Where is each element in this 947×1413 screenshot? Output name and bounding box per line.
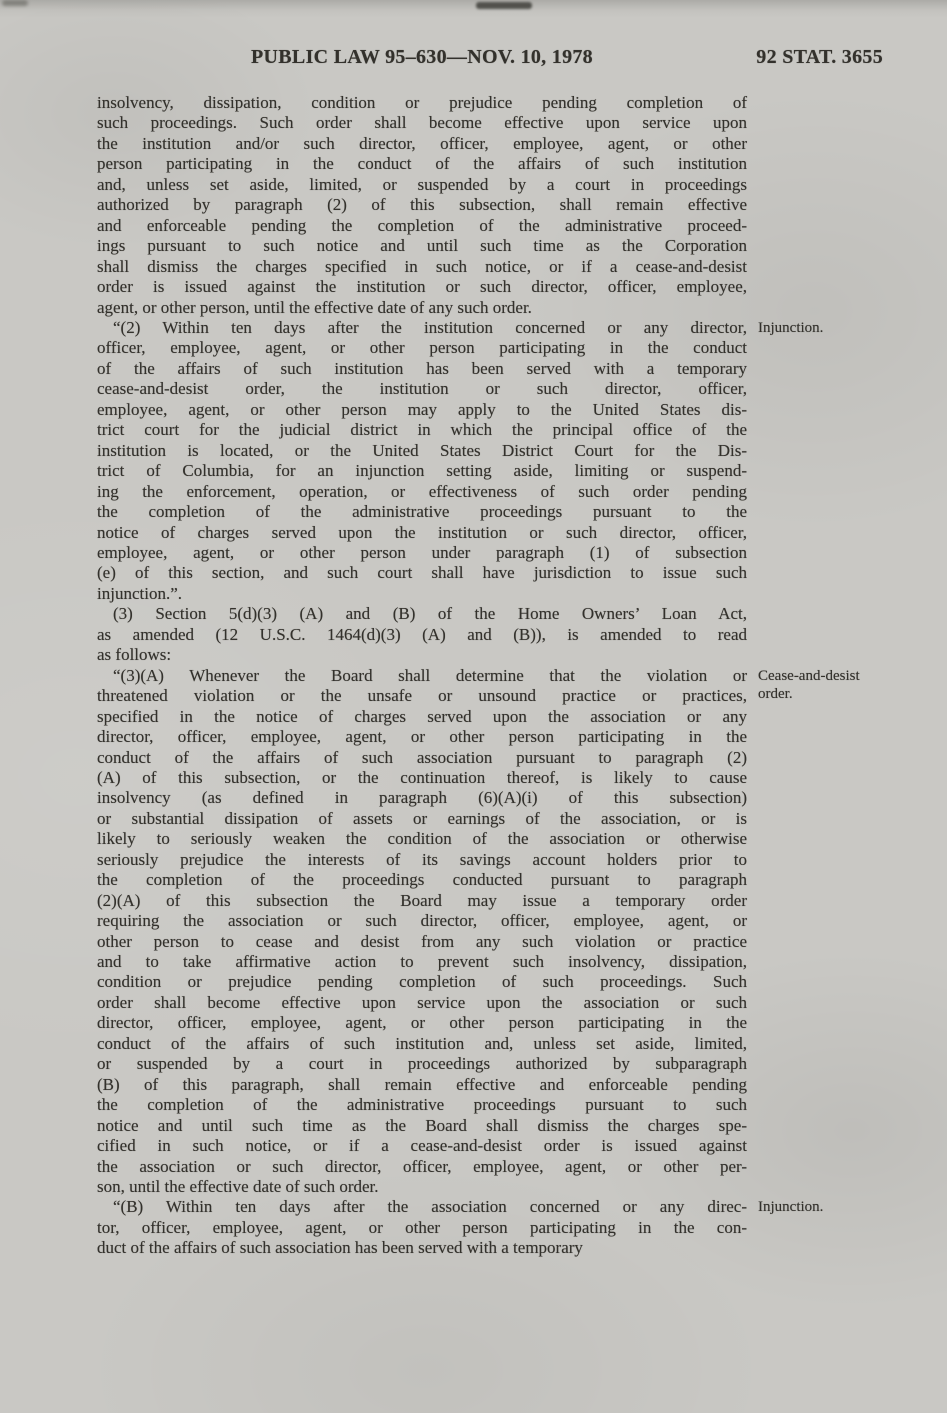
text-line: duct of the affairs of such association …: [97, 1238, 747, 1258]
text-line: as amended (12 U.S.C. 1464(d)(3) (A) and…: [97, 625, 747, 645]
paragraph: (3) Section 5(d)(3) (A) and (B) of the H…: [97, 604, 747, 665]
text-line: and enforceable pending the completion o…: [97, 216, 747, 236]
text-line: as follows:: [97, 645, 747, 665]
text-line: agent, or other person, until the effect…: [97, 298, 747, 318]
text-line: the institution and/or such director, of…: [97, 134, 747, 154]
text-line: the completion of the administrative pro…: [97, 502, 747, 522]
text-line: the completion of the proceedings conduc…: [97, 870, 747, 890]
text-line: and to take affirmative action to preven…: [97, 952, 747, 972]
text-line: conduct of the affairs of such associati…: [97, 748, 747, 768]
text-line: “(2) Within ten days after the instituti…: [97, 318, 747, 338]
text-line: (3) Section 5(d)(3) (A) and (B) of the H…: [97, 604, 747, 624]
text-line: or substantial dissipation of assets or …: [97, 809, 747, 829]
text-line: employee, agent, or other person under p…: [97, 543, 747, 563]
text-line: notice and until such time as the Board …: [97, 1116, 747, 1136]
paragraph: “(3)(A) Whenever the Board shall determi…: [97, 666, 747, 1198]
text-line: ing the enforcement, operation, or effec…: [97, 482, 747, 502]
text-line: order is issued against the institution …: [97, 277, 747, 297]
margin-note: Injunction.: [758, 1198, 893, 1217]
scan-smudge-icon: [2, 0, 28, 6]
text-line: director, officer, employee, agent, or o…: [97, 1013, 747, 1033]
text-line: “(3)(A) Whenever the Board shall determi…: [97, 666, 747, 686]
margin-note: Cease-and-desist order.: [758, 667, 893, 704]
paragraph: insolvency, dissipation, condition or pr…: [97, 93, 747, 318]
text-line: seriously prejudice the interests of its…: [97, 850, 747, 870]
text-line: other person to cease and desist from an…: [97, 932, 747, 952]
text-line: (2)(A) of this subsection the Board may …: [97, 891, 747, 911]
text-line: (B) of this paragraph, shall remain effe…: [97, 1075, 747, 1095]
text-line: institution is located, or the United St…: [97, 441, 747, 461]
text-line: shall dismiss the charges specified in s…: [97, 257, 747, 277]
text-line: such proceedings. Such order shall becom…: [97, 113, 747, 133]
text-line: insolvency, dissipation, condition or pr…: [97, 93, 747, 113]
paragraph: “(2) Within ten days after the instituti…: [97, 318, 747, 604]
margin-note: Injunction.: [758, 319, 893, 338]
text-line: specified in the notice of charges serve…: [97, 707, 747, 727]
text-line: condition or prejudice pending completio…: [97, 972, 747, 992]
text-line: order shall become effective upon servic…: [97, 993, 747, 1013]
text-line: notice of charges served upon the instit…: [97, 523, 747, 543]
text-line: of the affairs of such institution has b…: [97, 359, 747, 379]
text-line: likely to seriously weaken the condition…: [97, 829, 747, 849]
text-line: tor, officer, employee, agent, or other …: [97, 1218, 747, 1238]
text-line: the association or such director, office…: [97, 1157, 747, 1177]
text-line: conduct of the affairs of such instituti…: [97, 1034, 747, 1054]
text-line: (e) of this section, and such court shal…: [97, 563, 747, 583]
text-line: insolvency (as defined in paragraph (6)(…: [97, 788, 747, 808]
scanned-statute-page: PUBLIC LAW 95–630—NOV. 10, 1978 92 STAT.…: [0, 0, 947, 1413]
document-body: insolvency, dissipation, condition or pr…: [97, 93, 747, 1259]
paragraph: “(B) Within ten days after the associati…: [97, 1197, 747, 1258]
text-line: requiring the association or such direct…: [97, 911, 747, 931]
text-line: “(B) Within ten days after the associati…: [97, 1197, 747, 1217]
text-line: threatened violation or the unsafe or un…: [97, 686, 747, 706]
scan-smudge-icon: [476, 2, 532, 9]
text-line: director, officer, employee, agent, or o…: [97, 727, 747, 747]
page-header: PUBLIC LAW 95–630—NOV. 10, 1978 92 STAT.…: [0, 46, 947, 72]
text-line: the completion of the administrative pro…: [97, 1095, 747, 1115]
text-line: person participating in the conduct of t…: [97, 154, 747, 174]
text-line: son, until the effective date of such or…: [97, 1177, 747, 1197]
text-line: or suspended by a court in proceedings a…: [97, 1054, 747, 1074]
text-line: trict court for the judicial district in…: [97, 420, 747, 440]
text-line: cease-and-desist order, the institution …: [97, 379, 747, 399]
text-line: authorized by paragraph (2) of this subs…: [97, 195, 747, 215]
text-line: ings pursuant to such notice and until s…: [97, 236, 747, 256]
text-line: employee, agent, or other person may app…: [97, 400, 747, 420]
text-line: officer, employee, agent, or other perso…: [97, 338, 747, 358]
text-line: cified in such notice, or if a cease-and…: [97, 1136, 747, 1156]
text-line: trict of Columbia, for an injunction set…: [97, 461, 747, 481]
statute-page-number: 92 STAT. 3655: [756, 46, 883, 69]
text-line: and, unless set aside, limited, or suspe…: [97, 175, 747, 195]
page-title: PUBLIC LAW 95–630—NOV. 10, 1978: [97, 46, 747, 69]
text-line: injunction.”.: [97, 584, 747, 604]
text-line: (A) of this subsection, or the continuat…: [97, 768, 747, 788]
